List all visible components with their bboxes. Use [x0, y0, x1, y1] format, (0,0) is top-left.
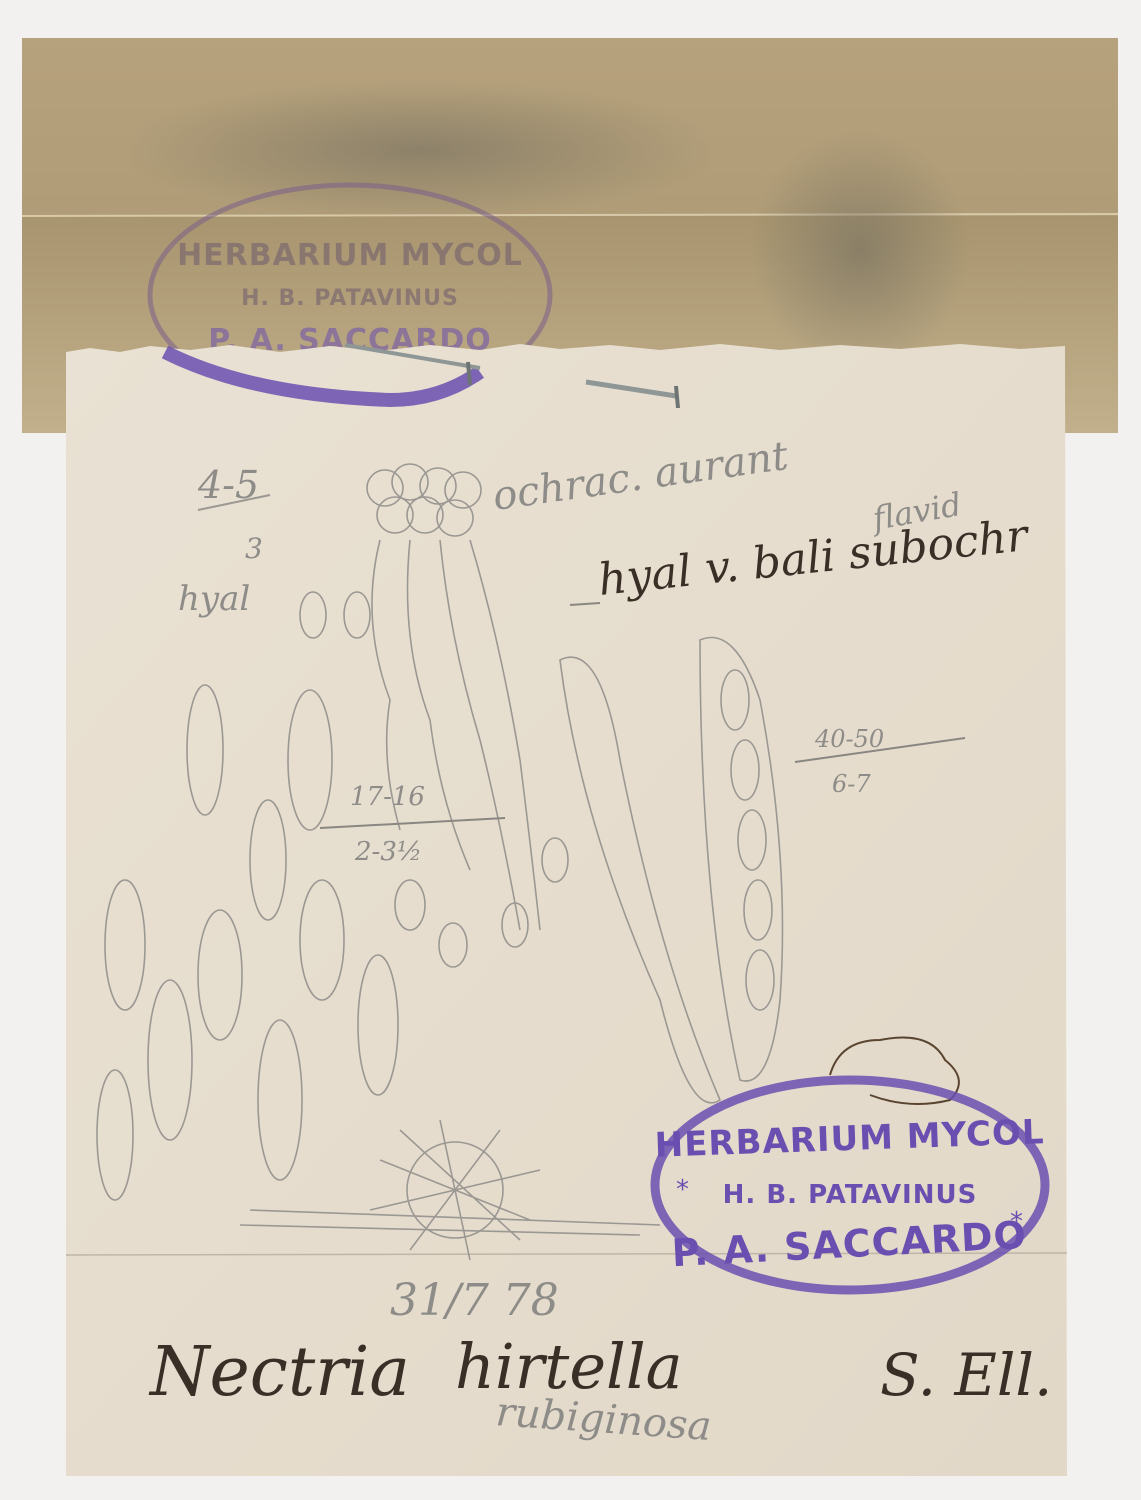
- envelope-stamp-line1: HERBARIUM MYCOL: [177, 238, 523, 273]
- species-genus: Nectria: [148, 1333, 410, 1412]
- herbarium-specimen-scan: HERBARIUM MYCOL H. B. PATAVINUS P. A. SA…: [0, 0, 1141, 1500]
- date-note: 31/7 78: [390, 1275, 559, 1326]
- spore-fraction-bottom: 3: [245, 532, 263, 565]
- stamp-star-left: *: [676, 1175, 689, 1205]
- species-epithet: hirtella: [455, 1330, 683, 1403]
- species-authority: S. Ell.: [880, 1341, 1052, 1409]
- spore-label: hyal: [178, 579, 250, 619]
- ascospore-numerator: 17-16: [350, 782, 425, 812]
- envelope-stamp-line2: H. B. PATAVINUS: [241, 286, 459, 311]
- spore-fraction-top: 4-5: [197, 463, 259, 507]
- slip-stamp-line2: H. B. PATAVINUS: [723, 1180, 978, 1210]
- ascus-numerator: 40-50: [814, 725, 884, 753]
- ascospore-denominator: 2-3½: [354, 837, 422, 867]
- stamp-star-right: *: [1010, 1207, 1023, 1237]
- ascus-denominator: 6-7: [832, 770, 871, 798]
